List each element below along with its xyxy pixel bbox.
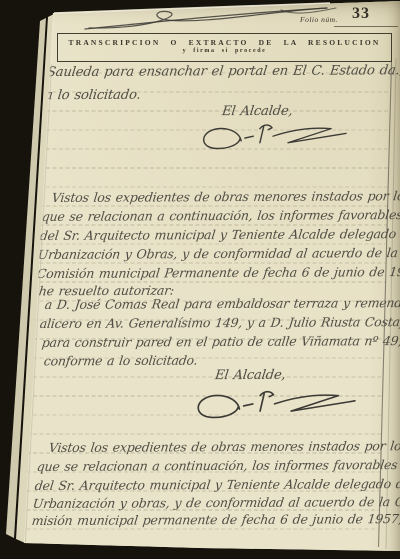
handwritten-line: Vistos los expedientes de obras menores … bbox=[48, 438, 400, 455]
signature-rubric-1 bbox=[198, 120, 348, 158]
folio-number: 33 bbox=[352, 5, 370, 23]
scanned-document-photo: Folio núm. 33 TRANSCRIPCION O EXTRACTO D… bbox=[0, 0, 400, 559]
handwritten-line: Urbanización y Obras, y de conformidad a… bbox=[37, 245, 399, 262]
handwritten-line: Comisión municipal Permanente de fecha 6… bbox=[36, 264, 400, 281]
handwritten-line: misión municipal permanente de fecha 6 d… bbox=[31, 511, 400, 528]
folio-underline bbox=[334, 26, 398, 27]
handwritten-line: del Sr. Arquitecto municipal y Teniente … bbox=[34, 476, 400, 493]
header-subtitle: y firma si procede bbox=[58, 48, 391, 54]
alcalde-label-1: El Alcalde, bbox=[221, 104, 293, 119]
folio-label: Folio núm. bbox=[300, 15, 338, 24]
handwritten-line: Sauleda para ensanchar el portal en El C… bbox=[46, 63, 400, 80]
header-box: TRANSCRIPCION O EXTRACTO DE LA RESOLUCIO… bbox=[57, 33, 392, 62]
handwritten-line: a lo solicitado. bbox=[44, 88, 141, 103]
handwritten-line: alicero en Av. Generalísimo 149, y a D. … bbox=[39, 314, 400, 331]
handwritten-line: para construir pared en el patio de call… bbox=[41, 333, 400, 350]
handwritten-line: del Sr. Arquitecto municipal y Teniente … bbox=[39, 226, 400, 243]
handwritten-line: a D. José Comas Real para embaldosar ter… bbox=[44, 295, 400, 312]
header-title: TRANSCRIPCION O EXTRACTO DE LA RESOLUCIO… bbox=[58, 38, 391, 47]
signature-rubric-2 bbox=[192, 386, 357, 428]
ledger-page: Folio núm. 33 TRANSCRIPCION O EXTRACTO D… bbox=[0, 0, 400, 559]
handwritten-line: que se relacionan a continuación, los in… bbox=[41, 207, 400, 224]
handwritten-line: que se relacionan a continuación, los in… bbox=[36, 457, 398, 474]
handwritten-line: conforme a lo solicitado. bbox=[43, 353, 198, 369]
handwritten-line: Vistos los expedientes de obras menores … bbox=[51, 188, 400, 205]
handwritten-line: Urbanización y obras, y de conformidad a… bbox=[32, 494, 400, 511]
alcalde-label-2: El Alcalde, bbox=[214, 368, 286, 383]
